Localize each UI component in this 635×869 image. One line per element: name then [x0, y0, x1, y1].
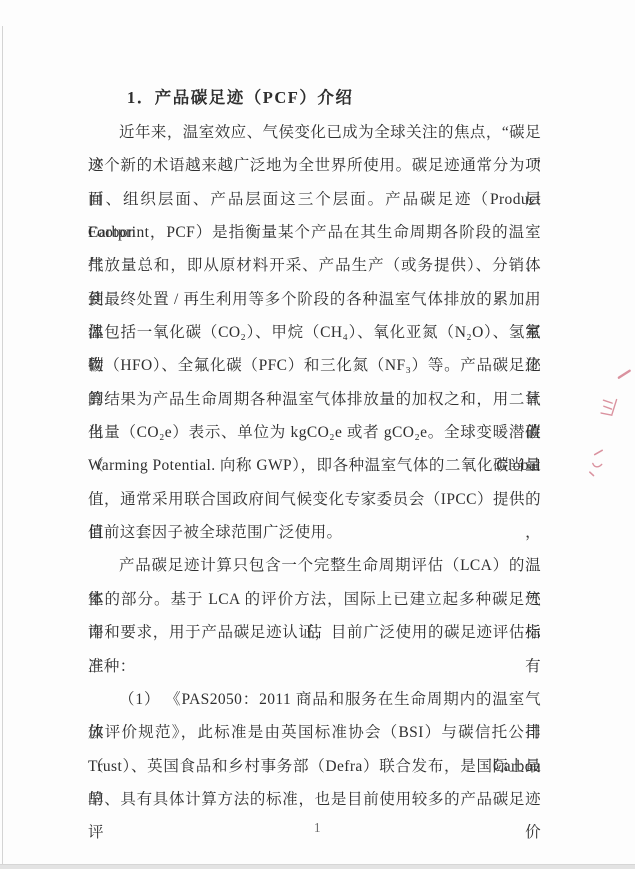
text-line: 产品碳足迹计算只包含一个完整生命周期评估（LCA）的温室气 [88, 549, 541, 582]
text-line: 体包括一氧化碳（CO₂）、甲烷（CH₄）、氧化亚氮（N₂O）、氢氟碳化 [88, 316, 541, 349]
text-line: （1） 《PAS2050：2011 商品和服务在生命周期内的温室气体排 [88, 683, 541, 716]
text-line: 到最终处置 / 再生利用等多个阶段的各种温室气体排放的累加。温室 [88, 283, 541, 316]
text-line: 排放量总和，即从原材料开采、产品生产（或务提供）、分销、使用 [88, 249, 541, 282]
text-line: Trust）、英国食品和乡村事务部（Defra）联合发布，是国际上最早 [88, 750, 541, 783]
text-line: 的、具有具体计算方法的标准，也是目前使用较多的产品碳足迹评价 [88, 783, 541, 816]
text-line: 近年来，温室效应、气侯变化已成为全球关注的焦点，“碳足迹” [88, 116, 541, 149]
scan-bottom-edge [0, 864, 635, 869]
handwritten-margin-annotation-icon [586, 364, 634, 483]
scan-left-edge [2, 26, 3, 869]
section-heading: 1．产品碳足迹（PCF）介绍 [127, 84, 353, 108]
text-line: 面、组织层面、产品层面这三个层面。产品碳足迹（Product Carbon [88, 183, 541, 216]
text-line: 算结果为产品生命周期各种温室气体排放量的加权之和，用二氧化碳 [88, 383, 541, 416]
page-number: 1 [0, 820, 635, 836]
text-line: 这个新的术语越来越广泛地为全世界所使用。碳足迹通常分为项目层 [88, 149, 541, 182]
text-line: 体的部分。基于 LCA 的评价方法，国际上已建立起多种碳足迹评估指 [88, 583, 541, 616]
text-line: 当量（CO₂e）表示、单位为 kgCO₂e 或者 gCO₂e。全球变暖潜值（Gl… [88, 416, 541, 449]
document-body-text: 近年来，温室效应、气侯变化已成为全球关注的焦点，“碳足迹”这个新的术语越来越广泛… [88, 116, 541, 816]
text-line: 物（HFO）、全氟化碳（PFC）和三化氮（NF₃）等。产品碳足迹的计 [88, 349, 541, 382]
text-line: 放评价规范》，此标准是由英国标准协会（BSI）与碳信托公司（Carbon [88, 716, 541, 749]
text-line: 值，通常采用联合国政府间气候变化专家委员会（IPCC）提供的值， [88, 483, 541, 516]
text-line: Footprint，PCF）是指衡量某个产品在其生命周期各阶段的温室气体 [88, 216, 541, 249]
text-line: 南和要求，用于产品碳足迹认证，目前广泛使用的碳足迹评估标准有 [88, 616, 541, 649]
text-line: Warming Potential. 向称 GWP），即各种温室气体的二氧化碳当… [88, 449, 541, 482]
scanned-document-page: 1．产品碳足迹（PCF）介绍 近年来，温室效应、气侯变化已成为全球关注的焦点，“… [0, 0, 635, 869]
